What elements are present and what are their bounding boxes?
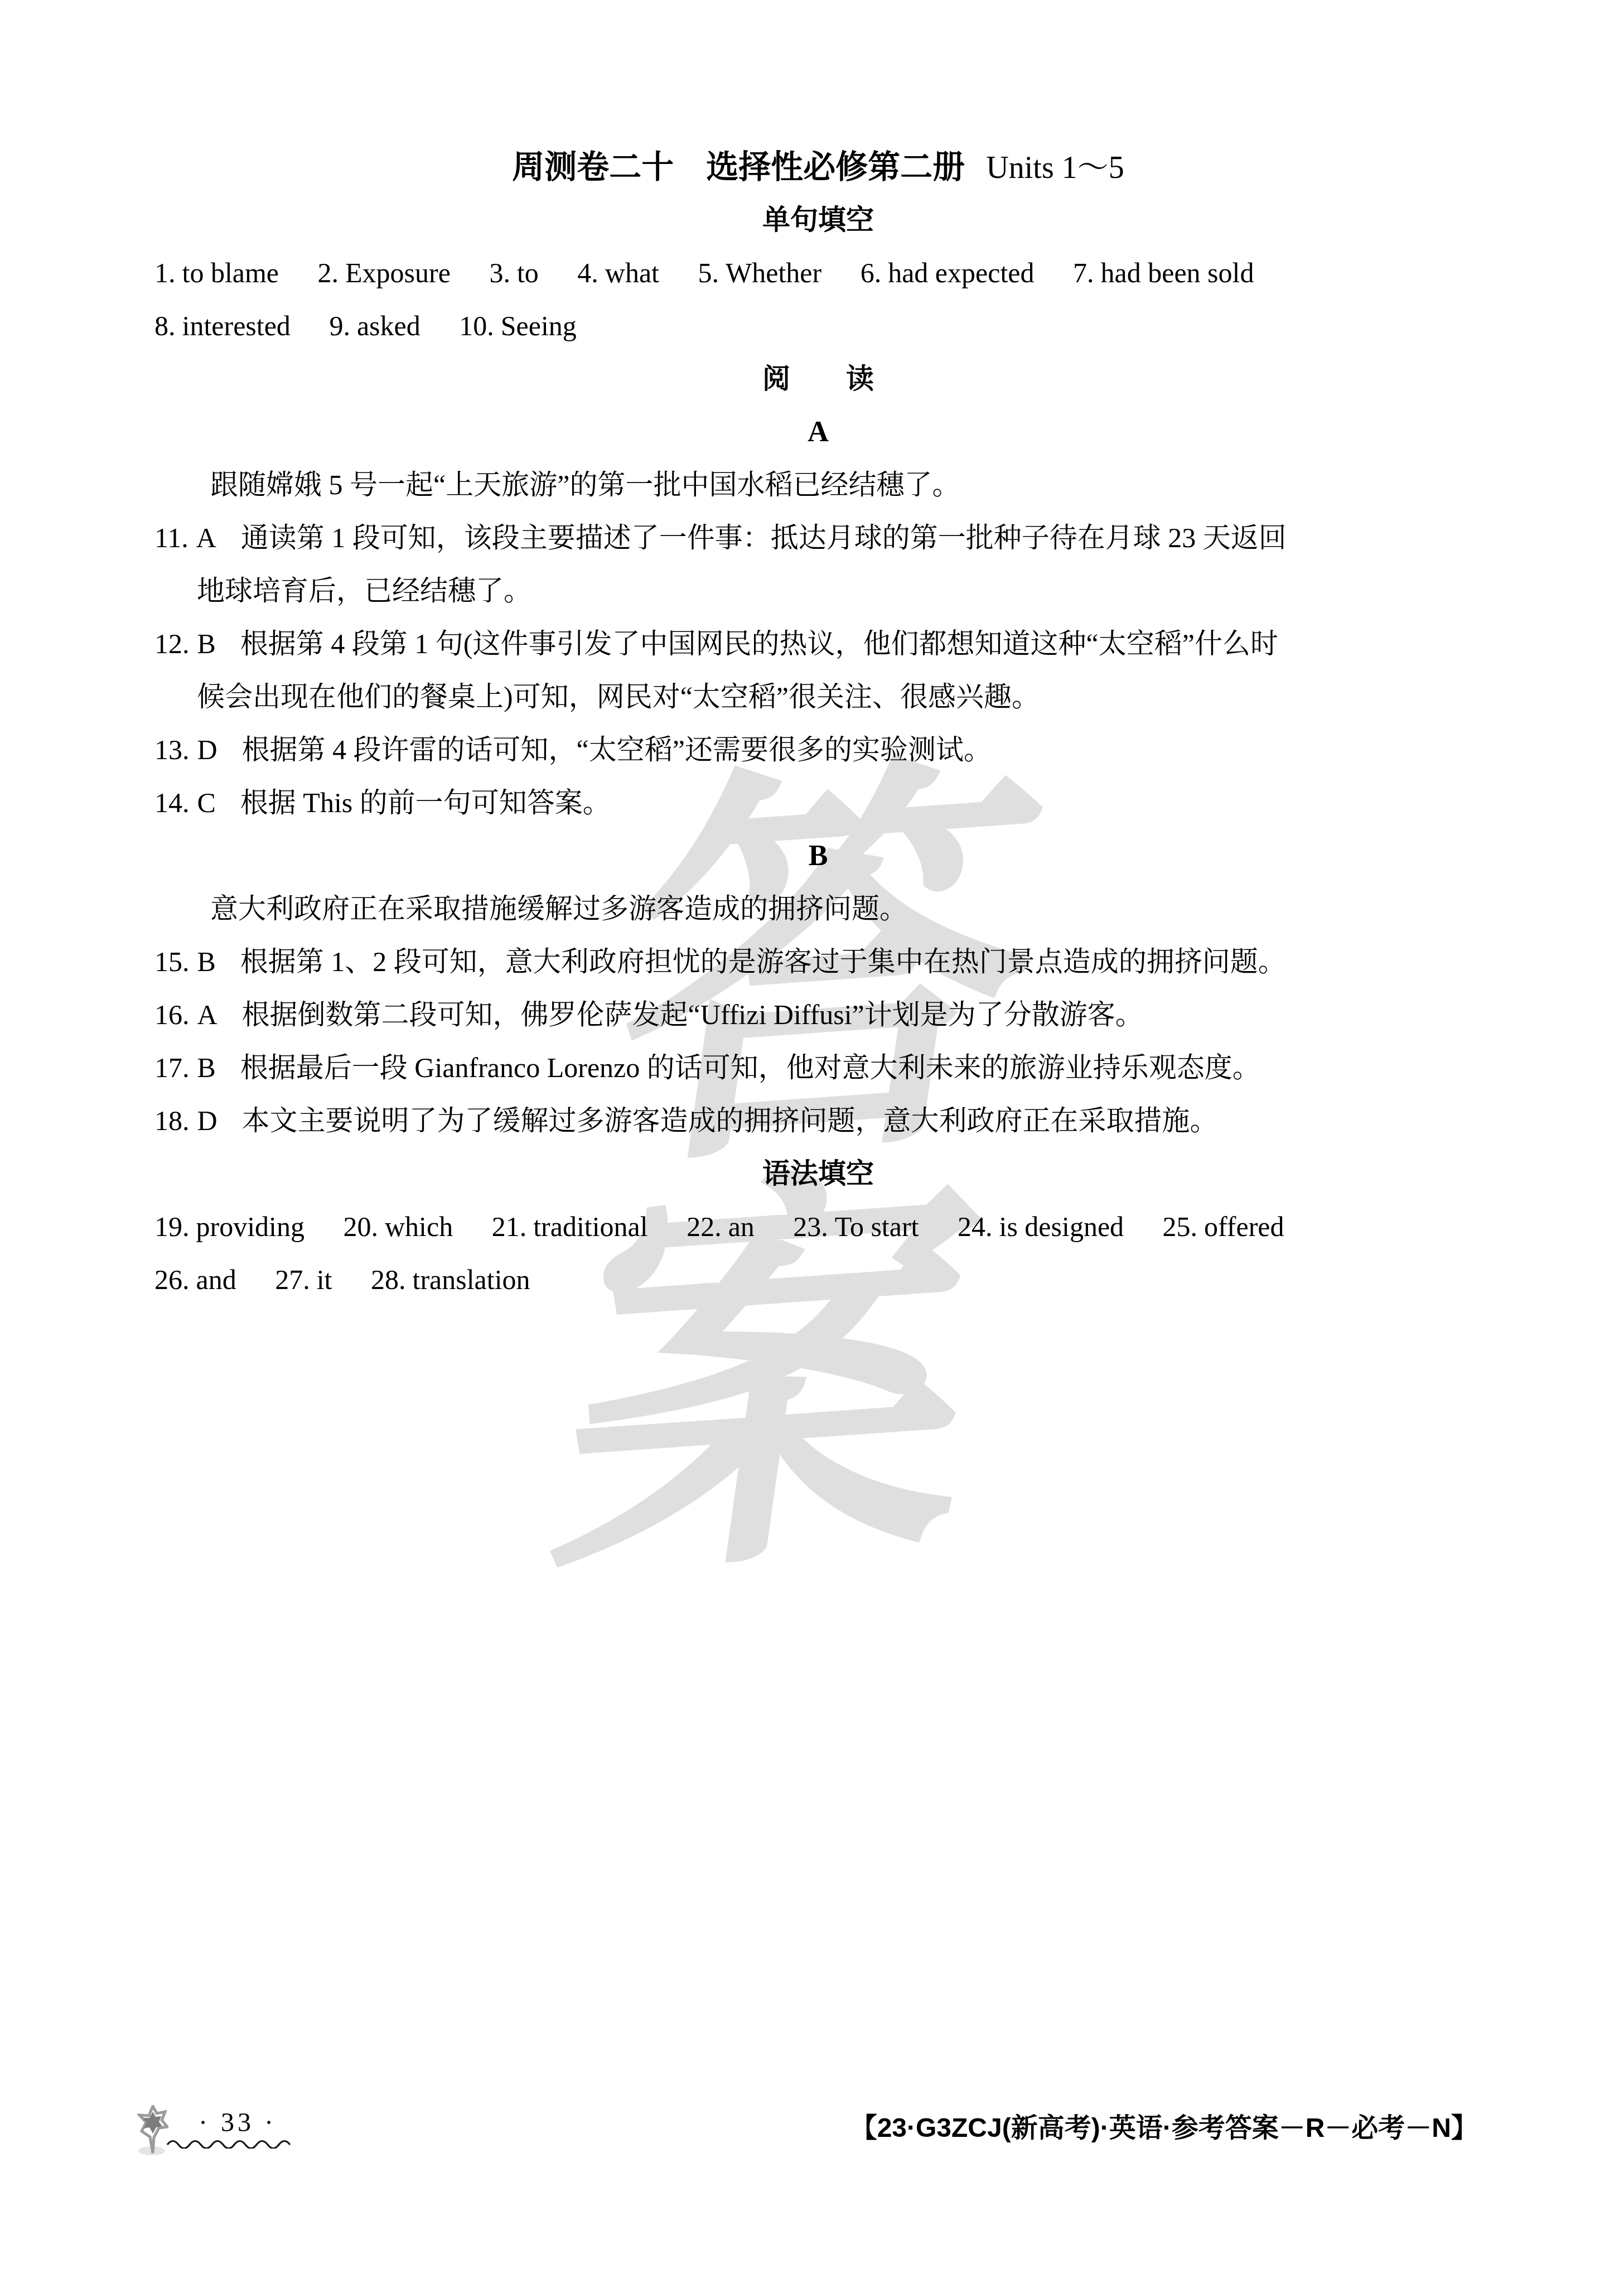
grammar-answers-row-2: 26.and 27.it 28.translation — [154, 1253, 1482, 1306]
answer-item: 9.asked — [329, 300, 420, 353]
answer-item: 3.to — [489, 247, 538, 300]
reading-answer-12: 12.B根据第 4 段第 1 句(这件事引发了中国网民的热议，他们都想知道这种“… — [154, 617, 1482, 670]
page-title-units: Units 1～5 — [986, 151, 1124, 185]
page-number: ·33· — [188, 2110, 287, 2136]
passage-a-label: A — [154, 406, 1482, 458]
answer-item: 28.translation — [371, 1253, 530, 1306]
footer-imprint: 【23·G3ZCJ(新高考)·英语·参考答案－R－必考－N】 — [850, 2112, 1478, 2145]
grammar-answers-row-1: 19.providing 20.which 21.traditional 22.… — [154, 1200, 1482, 1253]
answer-item: 6.had expected — [861, 247, 1035, 300]
answer-item: 21.traditional — [492, 1200, 648, 1253]
answer-item: 4.what — [577, 247, 659, 300]
answer-item: 10.Seeing — [459, 300, 577, 353]
passage-a-summary: 跟随嫦娥 5 号一起“上天旅游”的第一批中国水稻已经结穗了。 — [154, 458, 1482, 511]
answer-item: 2.Exposure — [318, 247, 451, 300]
answer-key-page: 答案 周测卷二十 选择性必修第二册Units 1～5 单句填空 1.to bla… — [0, 0, 1624, 2283]
reading-answer-14: 14.C根据 This 的前一句可知答案。 — [154, 776, 1482, 829]
answer-item: 7.had been sold — [1073, 247, 1254, 300]
passage-b-label: B — [154, 829, 1482, 882]
section-heading-grammar: 语法填空 — [154, 1147, 1482, 1200]
answer-item: 25.offered — [1163, 1200, 1284, 1253]
reading-answer-18: 18.D本文主要说明了为了缓解过多游客造成的拥挤问题，意大利政府正在采取措施。 — [154, 1094, 1482, 1147]
page-title: 周测卷二十 选择性必修第二册Units 1～5 — [154, 141, 1482, 194]
passage-b-summary: 意大利政府正在采取措施缓解过多游客造成的拥挤问题。 — [154, 882, 1482, 935]
answer-item: 27.it — [275, 1253, 332, 1306]
reading-answer-12-continued: 候会出现在他们的餐桌上)可知，网民对“太空稻”很关注、很感兴趣。 — [154, 670, 1482, 723]
answer-item: 1.to blame — [154, 247, 279, 300]
reading-answer-11: 11.A通读第 1 段可知，该段主要描述了一件事：抵达月球的第一批种子待在月球 … — [154, 511, 1482, 564]
answer-item: 5.Whether — [698, 247, 822, 300]
single-sentence-answers-row-2: 8.interested 9.asked 10.Seeing — [154, 300, 1482, 353]
reading-answer-13: 13.D根据第 4 段许雷的话可知，“太空稻”还需要很多的实验测试。 — [154, 723, 1482, 776]
reading-answer-11-continued: 地球培育后，已经结穗了。 — [154, 564, 1482, 617]
answer-item: 19.providing — [154, 1200, 304, 1253]
reading-answer-16: 16.A根据倒数第二段可知，佛罗伦萨发起“Uffizi Diffusi”计划是为… — [154, 988, 1482, 1041]
page-title-chinese: 周测卷二十 选择性必修第二册 — [512, 149, 965, 185]
answer-item: 22.an — [687, 1200, 755, 1253]
answer-item: 23.To start — [793, 1200, 919, 1253]
answer-item: 20.which — [343, 1200, 453, 1253]
section-heading-reading: 阅 读 — [154, 353, 1482, 406]
page-content: 周测卷二十 选择性必修第二册Units 1～5 单句填空 1.to blame … — [154, 141, 1482, 1306]
section-heading-single-sentence: 单句填空 — [154, 194, 1482, 247]
reading-answer-15: 15.B根据第 1、2 段可知，意大利政府担忧的是游客过于集中在热门景点造成的拥… — [154, 935, 1482, 988]
answer-item: 24.is designed — [958, 1200, 1124, 1253]
starburst-logo-icon — [137, 2105, 168, 2159]
reading-answer-17: 17.B根据最后一段 Gianfranco Lorenzo 的话可知，他对意大利… — [154, 1041, 1482, 1094]
answer-item: 26.and — [154, 1253, 236, 1306]
answer-item: 8.interested — [154, 300, 291, 353]
single-sentence-answers-row-1: 1.to blame 2.Exposure 3.to 4.what 5.Whet… — [154, 247, 1482, 300]
wavy-underline — [166, 2139, 291, 2151]
